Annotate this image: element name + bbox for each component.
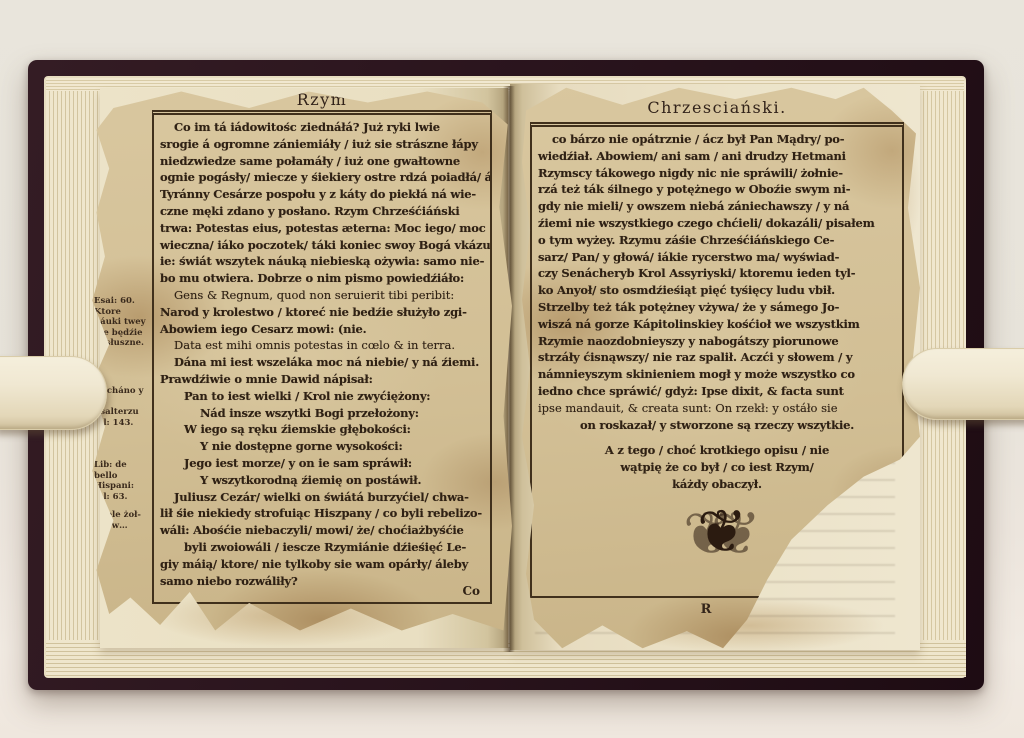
text-line: Data est mihi omnis potestas in cœlo & i…	[160, 337, 484, 354]
text-line: wątpię że co był / co iest Rzym/	[538, 459, 896, 476]
photo-background: Rzym Co im tá iádowitośc ziednáłá? Już r…	[0, 0, 1024, 738]
text-line: Abowiem iego Cesarz mowi: (nie.	[160, 321, 484, 338]
text-line: on roskazał/ y stworzone są rzeczy wszyt…	[538, 417, 896, 434]
text-line: wieczna/ iáko poczotek/ táki koniec swoy…	[160, 237, 484, 254]
text-line: sarz/ Pan/ y głowá/ iákie rycerstwo ma/ …	[538, 249, 896, 266]
text-line: Gens & Regnum, quod non seruierit tibi p…	[160, 287, 484, 304]
text-line: Y wszytkorodną źiemię on postáwił.	[160, 472, 484, 489]
text-line: Prawdźiwie o mnie Dawid nápisał:	[160, 371, 484, 388]
left-body-text: Co im tá iádowitośc ziednáłá? Już ryki l…	[154, 115, 490, 589]
text-line: wiszá ná gorze Kápitolinskiey kośćioł we…	[538, 316, 896, 333]
right-body-text: co bárzo nie opátrznie / ácz był Pan Mąd…	[532, 127, 902, 493]
page-weight-left	[0, 356, 107, 430]
text-line: A z tego / choć krotkiego opisu / nie	[538, 442, 896, 459]
text-line: czne męki zdano y posłano. Rzym Chrześći…	[160, 203, 484, 220]
text-line: ko Anyoł/ sto osmdźieśiąt pięć tyśięcy l…	[538, 282, 896, 299]
text-line: Pan to iest wielki / Krol nie zwyćiężony…	[160, 388, 484, 405]
page-weight-right	[902, 348, 1024, 420]
text-line: námnieyszym skinieniem mogł y może wszys…	[538, 366, 896, 383]
text-line: czy Senácheryb Krol Assyriyski/ ktoremu …	[538, 265, 896, 282]
text-line: Nád insze wszytki Bogi przełożony:	[160, 405, 484, 422]
text-line: Rzymscy tákowego nigdy nic nie spráwili/…	[538, 165, 896, 182]
text-line: strzáły ćisnąwszy/ nie raz spalił. Aczći…	[538, 349, 896, 366]
text-line: rzá też ták śilnego y potężnego w Oboźie…	[538, 181, 896, 198]
signature-mark: R	[686, 602, 726, 617]
text-line: o tym wyżey. Rzymu záśie Chrześćiáńskieg…	[538, 232, 896, 249]
catchword: Co	[462, 584, 480, 598]
text-line: bo mu otwiera. Dobrze o nim pismo powied…	[160, 270, 484, 287]
text-line: ie: świát wszytek náuką niebieską ożywia…	[160, 253, 484, 270]
text-line: samo niebo rozwáliły?	[160, 573, 484, 590]
text-line: srogie á ogromne zániemiáły / iuż sie st…	[160, 136, 484, 153]
text-line: wáli: Abośćie niebaczyli/ mowi/ że/ choć…	[160, 522, 484, 539]
text-line: Dána mi iest wszeláka moc ná niebie/ y n…	[160, 354, 484, 371]
text-line: ipse mandauit, & creata sunt: On rzekł: …	[538, 400, 896, 417]
text-line: lił śie niekiedy strofuiąc Hiszpany / co…	[160, 505, 484, 522]
text-line: Strzelby też ták potężney vżywa/ że y sá…	[538, 299, 896, 316]
fleuron-ornament: ❦	[652, 497, 792, 567]
text-line: źiemi nie wszystkiego czego chćieli/ dok…	[538, 215, 896, 232]
text-line: Y nie dostępne gorne wysokości:	[160, 438, 484, 455]
text-line: Rzymie naozdobnieyszy y nabogátszy pioru…	[538, 333, 896, 350]
text-line: ognie pogásły/ miecze y śiekiery ostre r…	[160, 169, 484, 186]
text-line: Narod y krolestwo / ktoreć nie bedźie sł…	[160, 304, 484, 321]
text-line: W iego są ręku źiemskie głębokości:	[160, 421, 484, 438]
text-line: iedno chce spráwić/ gdyż: Ipse dixit, & …	[538, 383, 896, 400]
text-line: káżdy obaczył.	[538, 476, 896, 493]
text-line: co bárzo nie opátrznie / ácz był Pan Mąd…	[538, 131, 896, 148]
text-line: gdy nie mieli/ y owszem niebá zániechaws…	[538, 198, 896, 215]
text-line: Jego iest morze/ y on ie sam spráwił:	[160, 455, 484, 472]
left-text-frame: Co im tá iádowitośc ziednáłá? Już ryki l…	[152, 110, 492, 604]
text-line: Tyránny Cesárze pospołu y z káty do piek…	[160, 186, 484, 203]
text-line: wiedźiał. Abowiem/ ani sam / ani drudzy …	[538, 148, 896, 165]
text-line: giy máią/ ktore/ nie tylkoby sie wam opá…	[160, 556, 484, 573]
text-line: trwa: Potestas eius, potestas æterna: Mo…	[160, 220, 484, 237]
left-fragment: Rzym Co im tá iádowitośc ziednáłá? Już r…	[88, 86, 512, 636]
text-line: niedzwiedze same połamáły / iuż one gwał…	[160, 153, 484, 170]
text-line: Co im tá iádowitośc ziednáłá? Już ryki l…	[160, 119, 484, 136]
running-head-right: Chrzesciański.	[530, 98, 904, 117]
text-line: byli zwoiowáli / iescze Rzymiánie dźieśi…	[160, 539, 484, 556]
text-line: Juliusz Cezár/ wielki on świátá burzyćie…	[160, 489, 484, 506]
